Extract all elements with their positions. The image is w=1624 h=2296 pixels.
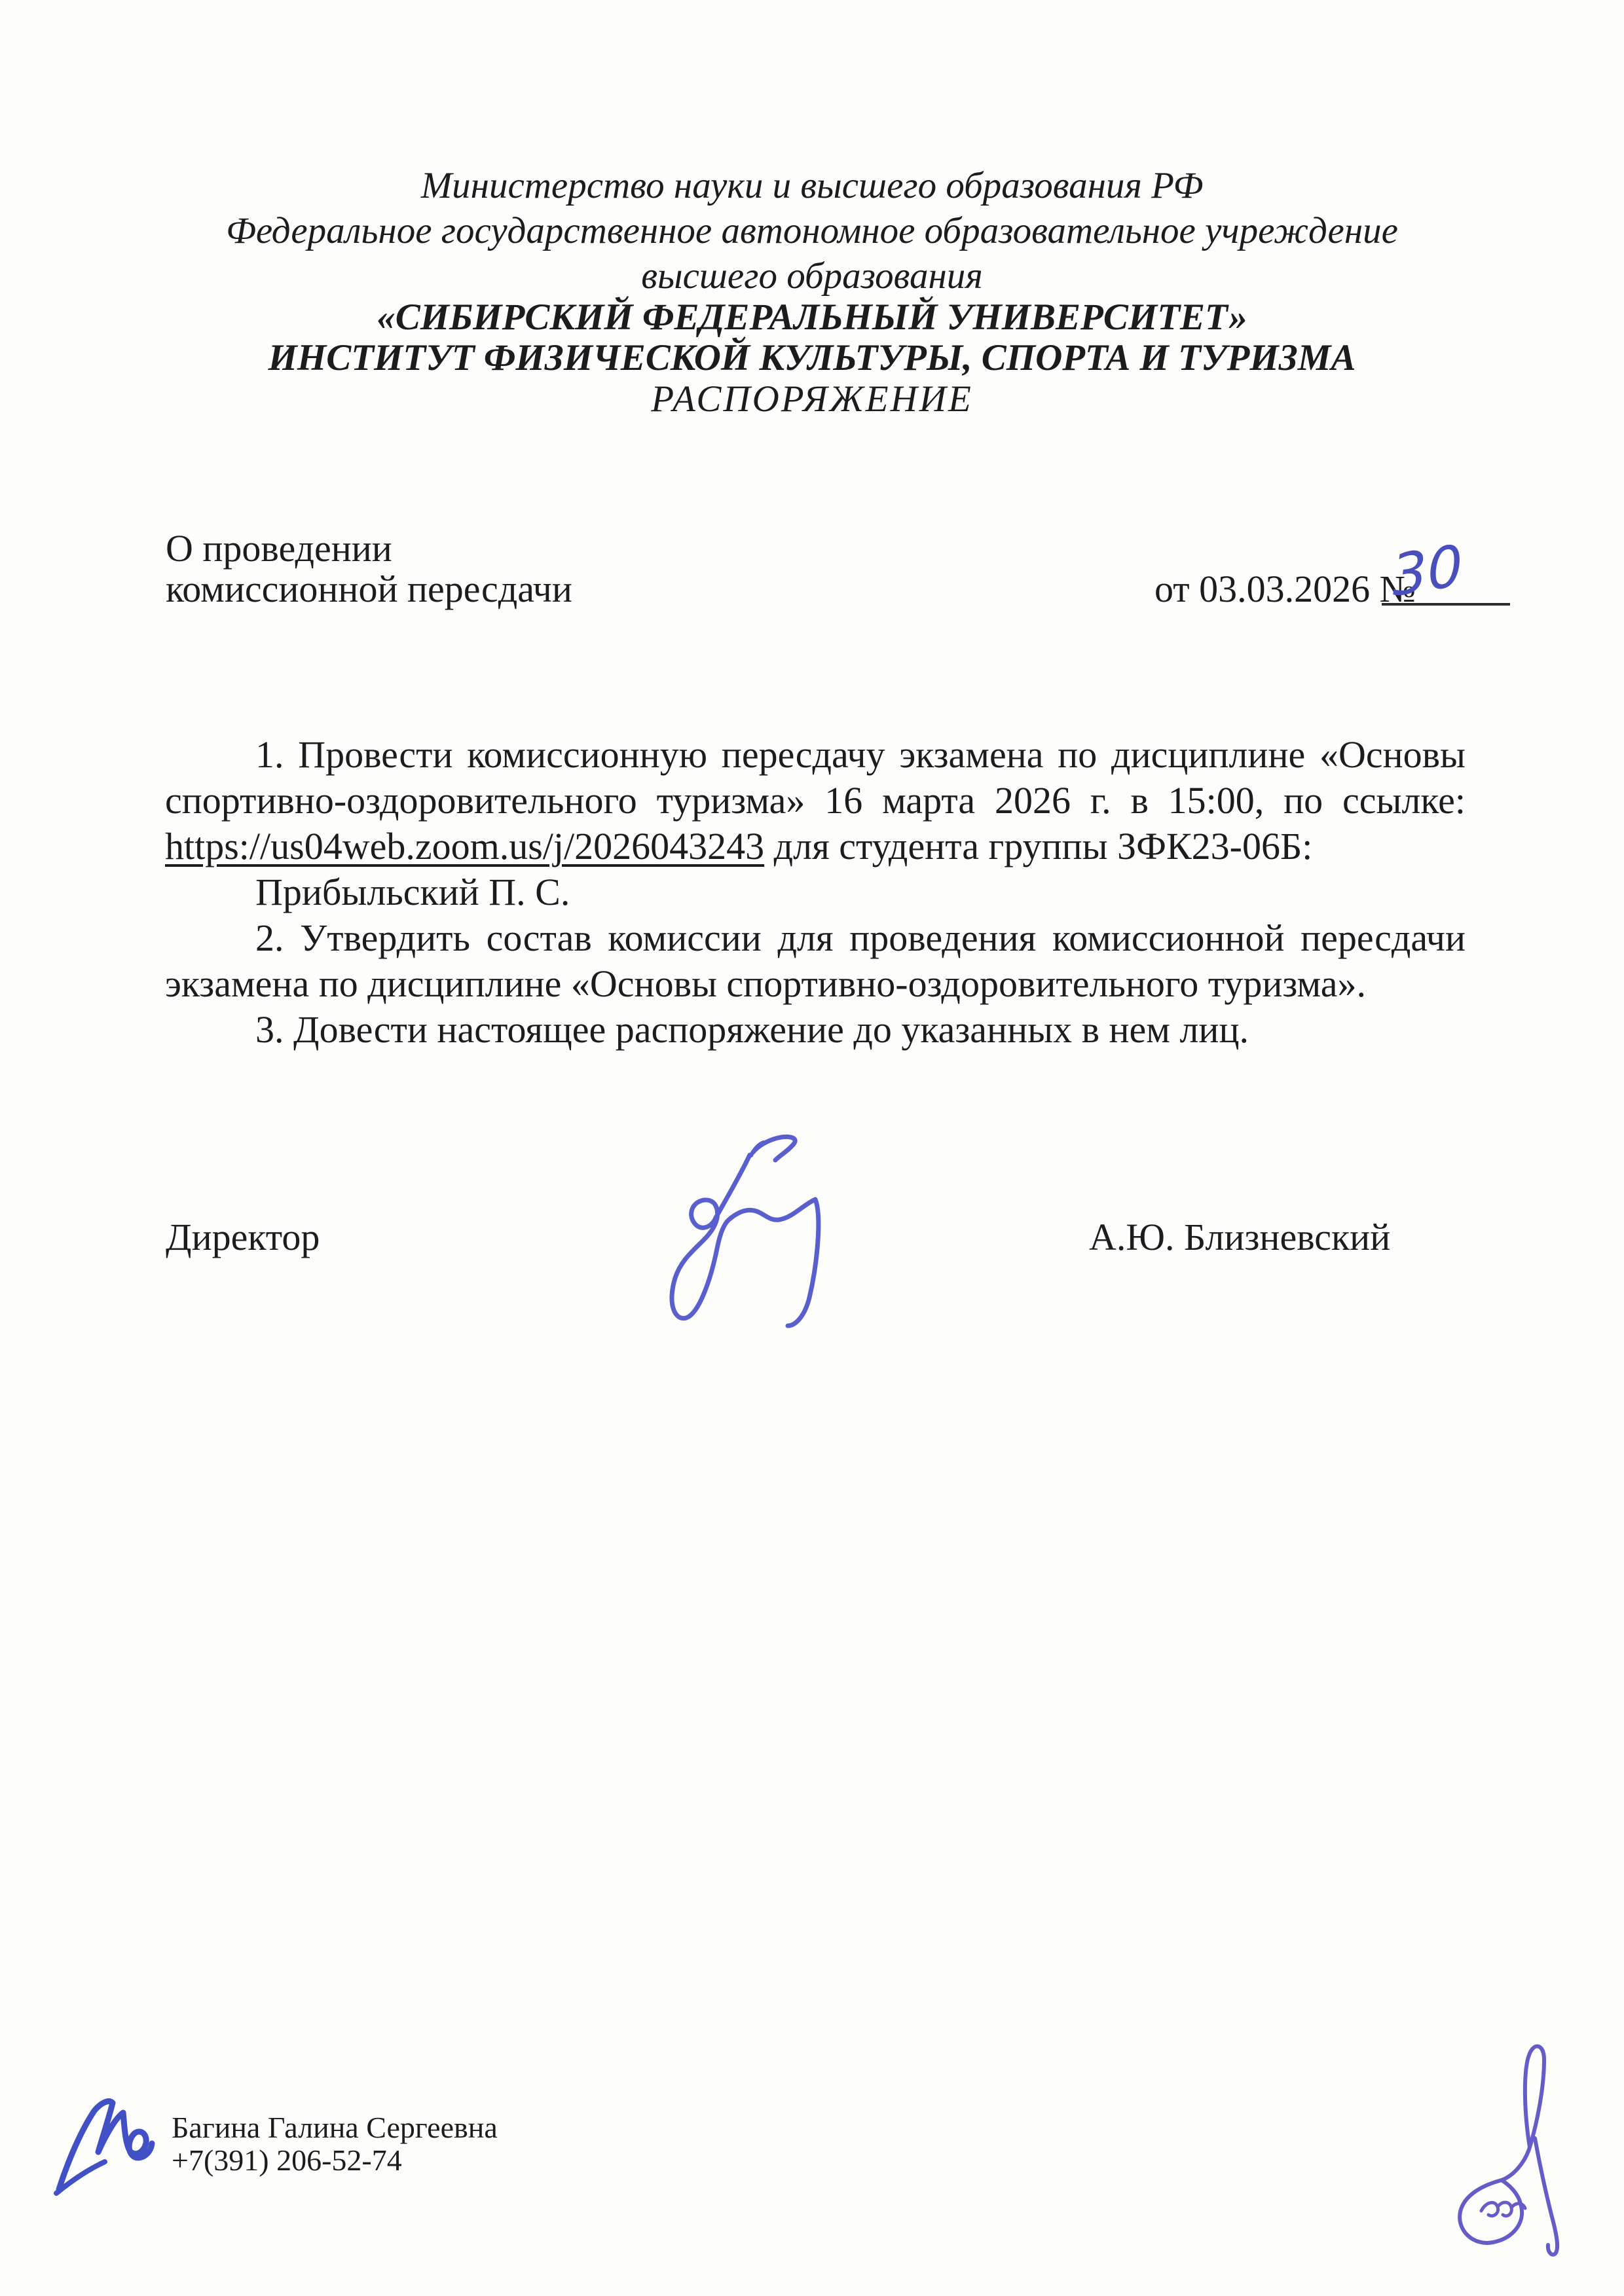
subject-line-2: комиссионной пересдачи bbox=[166, 567, 572, 611]
director-signature-icon bbox=[655, 1121, 851, 1337]
position-title: Директор bbox=[166, 1215, 320, 1259]
executor-initials-signature-icon bbox=[47, 2090, 162, 2204]
university-name: «СИБИРСКИЙ ФЕДЕРАЛЬНЫЙ УНИВЕРСИТЕТ» bbox=[162, 297, 1462, 338]
institution-line-1: Федеральное государственное автономное о… bbox=[162, 210, 1462, 252]
institution-line-2: высшего образования bbox=[162, 255, 1462, 297]
corner-signature-icon bbox=[1433, 2035, 1580, 2267]
body-p1-line2: спортивно-оздоровительного туризма» 16 м… bbox=[165, 778, 1466, 824]
document-type-title: РАСПОРЯЖЕНИЕ bbox=[162, 378, 1462, 420]
after-link-text: для студента группы ЗФК23-06Б: bbox=[764, 825, 1312, 867]
signer-name: А.Ю. Близневский bbox=[1089, 1215, 1390, 1259]
body-p1-line1: 1. Провести комиссионную пересдачу экзам… bbox=[165, 732, 1466, 778]
body-p1-line3: https://us04web.zoom.us/j/2026043243 для… bbox=[165, 824, 1466, 869]
subject-line-1: О проведении bbox=[166, 526, 392, 570]
date-number-line: от 03.03.2026 № bbox=[1154, 567, 1416, 611]
body-p2-line1: 2. Утвердить состав комиссии для проведе… bbox=[165, 915, 1466, 961]
number-underline bbox=[1382, 603, 1510, 606]
student-name-line: Прибыльский П. С. bbox=[165, 869, 1466, 915]
body-text: 1. Провести комиссионную пересдачу экзам… bbox=[165, 732, 1466, 1053]
scanned-directive-page: Министерство науки и высшего образования… bbox=[0, 0, 1624, 2296]
contact-phone: +7(391) 206-52-74 bbox=[172, 2145, 402, 2176]
body-p2-line2: экзамена по дисциплине «Основы спортивно… bbox=[165, 961, 1466, 1007]
document-number-handwritten: 30 bbox=[1390, 538, 1464, 605]
ministry-line: Министерство науки и высшего образования… bbox=[162, 165, 1462, 207]
zoom-link: https://us04web.zoom.us/j/2026043243 bbox=[165, 825, 764, 867]
institute-name: ИНСТИТУТ ФИЗИЧЕСКОЙ КУЛЬТУРЫ, СПОРТА И Т… bbox=[162, 337, 1462, 379]
body-p3-line1: 3. Довести настоящее распоряжение до ука… bbox=[165, 1007, 1466, 1053]
contact-name: Багина Галина Сергеевна bbox=[172, 2112, 498, 2143]
